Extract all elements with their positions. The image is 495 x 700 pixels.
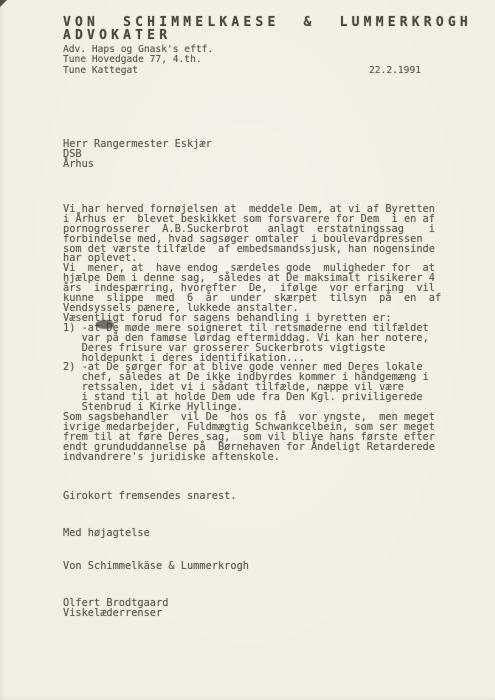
recipient-city: Århus — [63, 160, 445, 170]
recipient-block: Herr Rangermester Eskjær DSB Århus — [63, 140, 445, 170]
address-line2: Tune Kattegat — [63, 66, 138, 76]
letterhead: VON SCHIMMELKAESE & LUMMERKROGH ADVOKATE… — [63, 16, 445, 76]
signer-title: Viskelæderrenser — [63, 609, 445, 619]
letterhead-details: Adv. Haps og Gnask's eftf. Tune Hovedgad… — [63, 45, 445, 76]
closing-block: Med højagtelse Von Schimmelkäse & Lummer… — [63, 529, 445, 619]
recipient-company: DSB — [63, 150, 445, 160]
list-item-2: 2) -at De sørger for at blive gode venne… — [63, 363, 445, 413]
firm-signature: Von Schimmelkäse & Lummerkrogh — [63, 562, 445, 572]
list-item-1: 1) -at De møde mere soigneret til retsmø… — [63, 324, 445, 364]
recipient-name: Herr Rangermester Eskjær — [63, 140, 445, 150]
paragraph-1: Vi har herved fornøjelsen at meddele Dem… — [63, 205, 445, 264]
paragraph-2: Vi mener, at have endog særdeles gode mu… — [63, 264, 445, 314]
scan-corner-artifact — [0, 0, 7, 7]
letter-date: 22.2.1991 — [369, 66, 421, 76]
firm-type: ADVOKATER — [63, 29, 445, 42]
paragraph-3: Som sagsbehandler vil De hos os få vor y… — [63, 413, 445, 463]
letter-page: VON SCHIMMELKAESE & LUMMERKROGH ADVOKATE… — [0, 0, 495, 700]
signer-block: Olfert Brodtgaard Viskelæderrenser — [63, 599, 445, 619]
giro-line: Girokort fremsendes snarest. — [63, 492, 445, 502]
address-date-row: Tune Kattegat 22.2.1991 — [63, 66, 445, 76]
typewriter-ink-blot — [96, 320, 114, 329]
letter-body: Vi har herved fornøjelsen at meddele Dem… — [63, 205, 445, 501]
salutation: Med højagtelse — [63, 529, 445, 539]
